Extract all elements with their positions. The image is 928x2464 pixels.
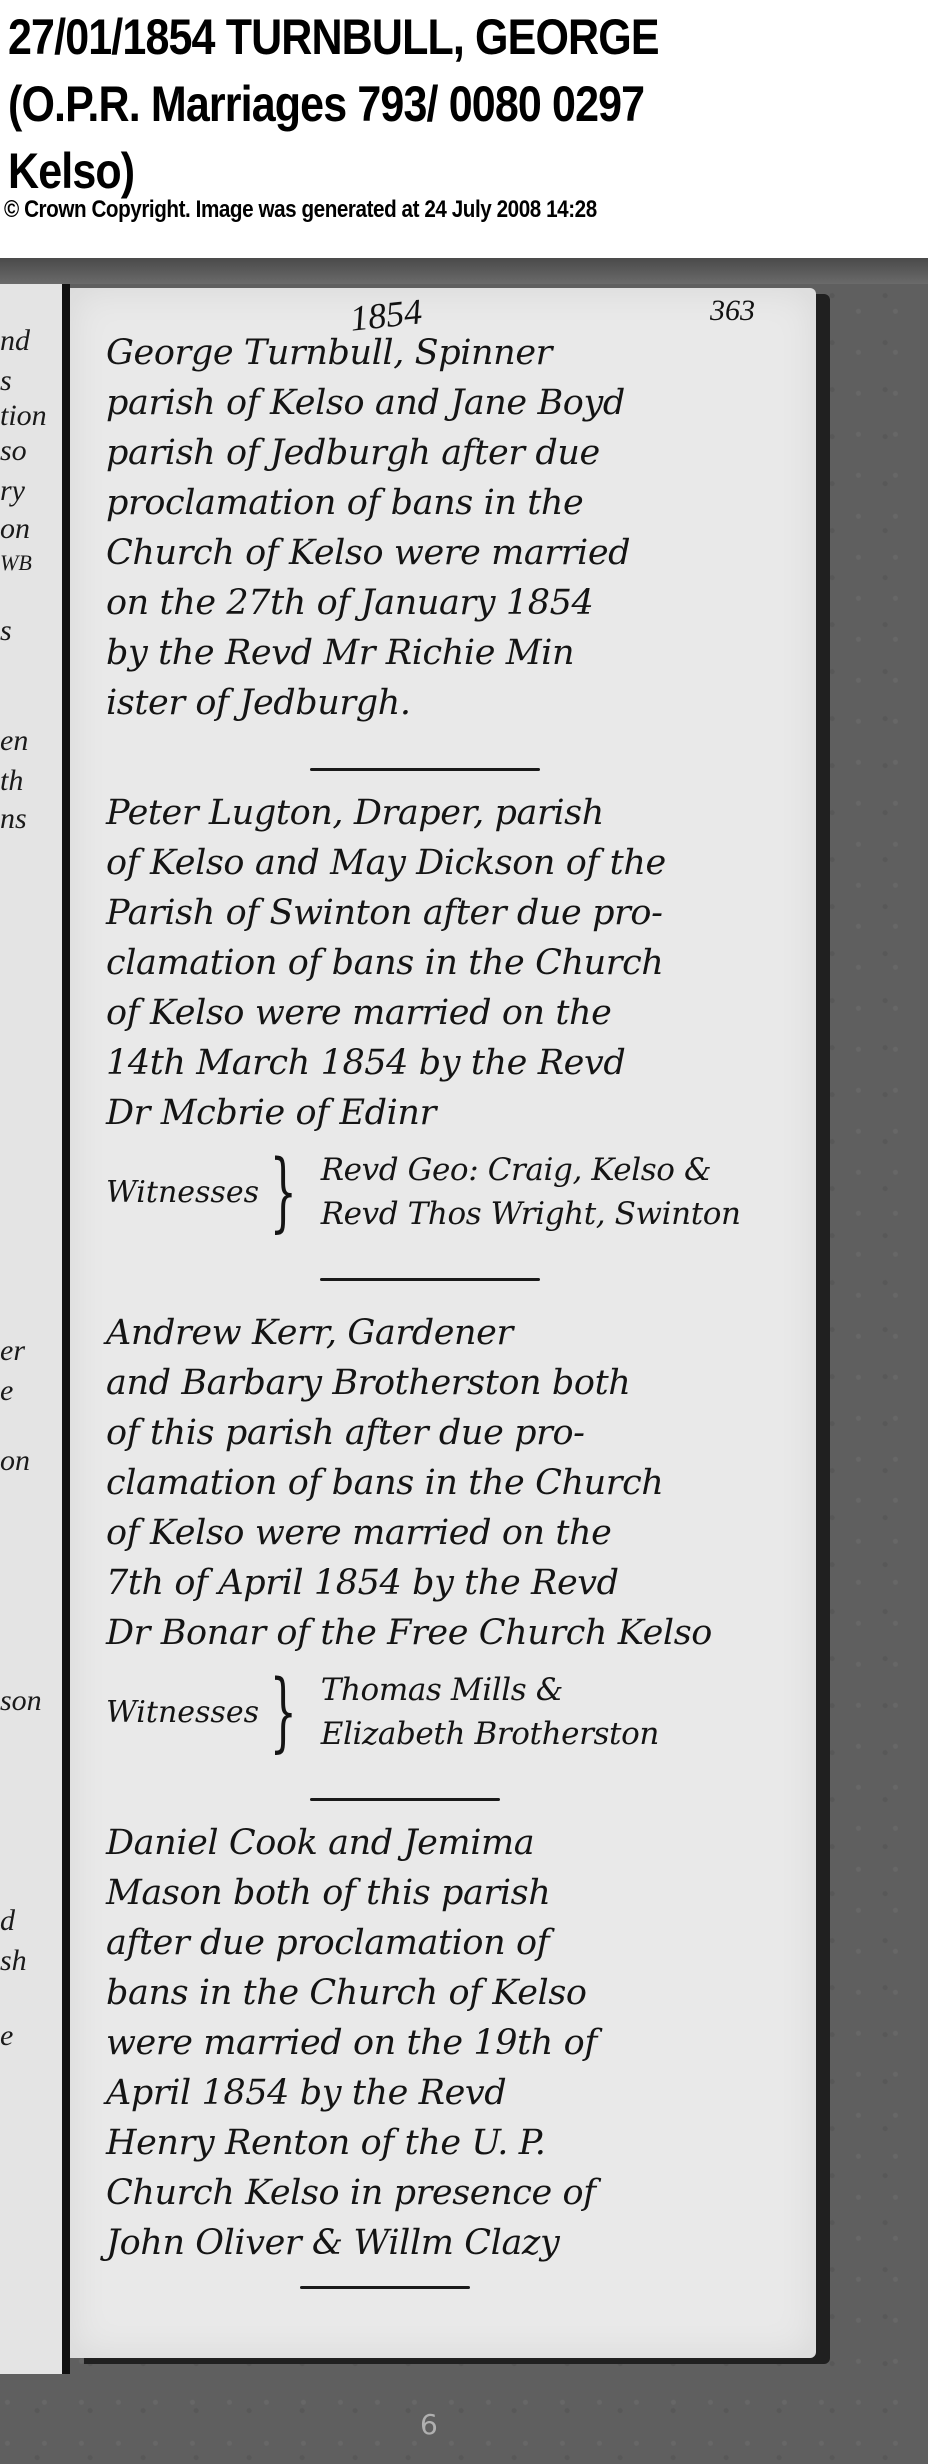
fragment-text: so: [0, 434, 27, 468]
fragment-text: e: [0, 2019, 13, 2053]
fragment-text: s: [0, 614, 12, 648]
fragment-text: tion: [0, 399, 47, 433]
entry-line: ister of Jedburgh.: [106, 678, 796, 728]
witnesses-label: Witnesses: [106, 1695, 256, 1730]
entry-line: Parish of Swinton after due pro-: [106, 888, 796, 938]
witness-names: Thomas Mills & Elizabeth Brotherston: [321, 1668, 659, 1756]
entry-line: Daniel Cook and Jemima: [106, 1818, 796, 1868]
entry-line: of Kelso were married on the: [106, 1508, 796, 1558]
record-title: 27/01/1854 TURNBULL, GEORGE (O.P.R. Marr…: [8, 4, 791, 205]
fragment-text: sh: [0, 1944, 27, 1978]
page-number: 363: [710, 294, 755, 328]
title-line-2: (O.P.R. Marriages 793/ 0080 0297: [8, 76, 644, 132]
entry-line: 7th of April 1854 by the Revd: [106, 1558, 796, 1608]
fragment-text: ry: [0, 474, 25, 508]
fragment-text: s: [0, 364, 12, 398]
witnesses-label: Witnesses: [106, 1175, 256, 1210]
entry-line: by the Revd Mr Richie Min: [106, 628, 796, 678]
brace-glyph: }: [270, 1669, 297, 1755]
fragment-text: d: [0, 1904, 15, 1938]
fragment-text: er: [0, 1334, 25, 1368]
entry-line: bans in the Church of Kelso: [106, 1968, 796, 2018]
marriage-entry: Peter Lugton, Draper, parish of Kelso an…: [106, 788, 796, 1236]
witness-name: Elizabeth Brotherston: [321, 1712, 659, 1756]
entry-line: Church of Kelso were married: [106, 528, 796, 578]
register-page: 1854 363 George Turnbull, Spinner parish…: [70, 288, 816, 2358]
entry-line: Mason both of this parish: [106, 1868, 796, 1918]
entry-line: on the 27th of January 1854: [106, 578, 796, 628]
entry-line: proclamation of bans in the: [106, 478, 796, 528]
witnesses-block: Witnesses } Revd Geo: Craig, Kelso & Rev…: [106, 1148, 796, 1236]
register-scan: nd s tion so ry on WB s en th ns er e on…: [0, 258, 928, 2464]
fragment-text: en: [0, 724, 28, 758]
entry-line: Peter Lugton, Draper, parish: [106, 788, 796, 838]
witness-name: Revd Geo: Craig, Kelso &: [321, 1148, 741, 1192]
entry-line: Henry Renton of the U. P.: [106, 2118, 796, 2168]
entry-line: Dr Mcbrie of Edinr: [106, 1088, 796, 1138]
fragment-text: th: [0, 764, 23, 798]
book-gutter: [62, 284, 70, 2374]
marriage-entry: George Turnbull, Spinner parish of Kelso…: [106, 328, 796, 728]
facing-page-fragment: nd s tion so ry on WB s en th ns er e on…: [0, 284, 64, 2374]
marriage-entry: Andrew Kerr, Gardener and Barbary Brothe…: [106, 1308, 796, 1756]
entry-separator: [310, 768, 540, 771]
fragment-text: e: [0, 1374, 13, 1408]
entry-line: of this parish after due pro-: [106, 1408, 796, 1458]
witness-name: Thomas Mills &: [321, 1668, 659, 1712]
fragment-text: WB: [0, 550, 32, 576]
entry-line: John Oliver & Willm Clazy: [106, 2218, 796, 2268]
witness-name: Revd Thos Wright, Swinton: [321, 1192, 741, 1236]
entry-line: parish of Kelso and Jane Boyd: [106, 378, 796, 428]
entry-separator: [300, 2286, 470, 2289]
bottom-mark: 6: [420, 2408, 438, 2441]
entry-line: Dr Bonar of the Free Church Kelso: [106, 1608, 796, 1658]
witness-names: Revd Geo: Craig, Kelso & Revd Thos Wrigh…: [321, 1148, 741, 1236]
fragment-text: son: [0, 1684, 42, 1718]
entry-line: Andrew Kerr, Gardener: [106, 1308, 796, 1358]
entry-line: of Kelso were married on the: [106, 988, 796, 1038]
entry-line: were married on the 19th of: [106, 2018, 796, 2068]
copyright-notice: © Crown Copyright. Image was generated a…: [4, 196, 597, 224]
entry-line: Church Kelso in presence of: [106, 2168, 796, 2218]
fragment-text: on: [0, 1444, 30, 1478]
title-line-1: 27/01/1854 TURNBULL, GEORGE: [8, 9, 659, 65]
entry-line: after due proclamation of: [106, 1918, 796, 1968]
entry-line: of Kelso and May Dickson of the: [106, 838, 796, 888]
fragment-text: nd: [0, 324, 30, 358]
fragment-text: ns: [0, 802, 27, 836]
entry-separator: [320, 1278, 540, 1281]
title-line-3: Kelso): [8, 143, 134, 199]
entry-line: George Turnbull, Spinner: [106, 328, 796, 378]
entry-line: clamation of bans in the Church: [106, 1458, 796, 1508]
entry-separator: [310, 1798, 500, 1801]
entry-line: April 1854 by the Revd: [106, 2068, 796, 2118]
marriage-entry: Daniel Cook and Jemima Mason both of thi…: [106, 1818, 796, 2268]
record-header: 27/01/1854 TURNBULL, GEORGE (O.P.R. Marr…: [0, 0, 928, 258]
brace-glyph: }: [270, 1149, 297, 1235]
witnesses-block: Witnesses } Thomas Mills & Elizabeth Bro…: [106, 1668, 796, 1756]
entry-line: and Barbary Brotherston both: [106, 1358, 796, 1408]
entry-line: 14th March 1854 by the Revd: [106, 1038, 796, 1088]
fragment-text: on: [0, 512, 30, 546]
scan-top-edge: [0, 258, 928, 284]
entry-line: clamation of bans in the Church: [106, 938, 796, 988]
entry-line: parish of Jedburgh after due: [106, 428, 796, 478]
